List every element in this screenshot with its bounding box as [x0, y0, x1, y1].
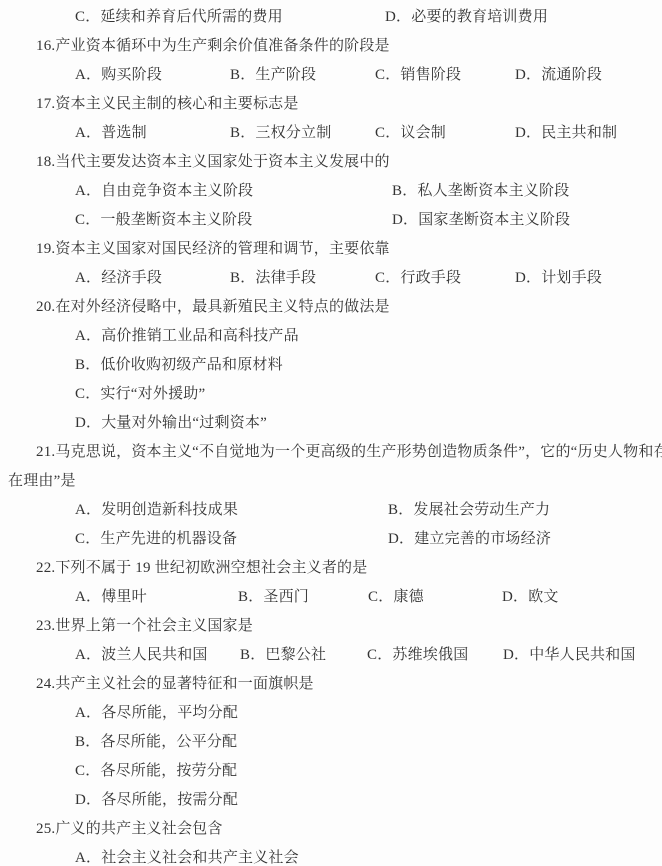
question-15-options-cd: C．延续和养育后代所需的费用D．必要的教育培训费用 [0, 3, 662, 32]
option-21-b: B．发展社会劳动生产力 [388, 496, 550, 525]
question-18: 18.当代主要发达资本主义国家处于资本主义发展中的 [0, 148, 662, 177]
question-20-option-d: D．大量对外输出“过剩资本” [0, 409, 662, 438]
question-19-text: 19.资本主义国家对国民经济的管理和调节，主要依靠 [36, 235, 390, 264]
option-23-b: B．巴黎公社 [240, 641, 326, 670]
option-19-d: D．计划手段 [515, 264, 602, 293]
option-20-c: C．实行“对外援助” [75, 380, 205, 409]
option-16-d: D．流通阶段 [515, 61, 602, 90]
option-20-b: B．低价收购初级产品和原材料 [75, 351, 283, 380]
question-19-options: A．经济手段B．法律手段C．行政手段D．计划手段 [0, 264, 662, 293]
question-16-options: A．购买阶段B．生产阶段C．销售阶段D．流通阶段 [0, 61, 662, 90]
option-23-c: C．苏维埃俄国 [367, 641, 468, 670]
question-16: 16.产业资本循环中为生产剩余价值准备条件的阶段是 [0, 32, 662, 61]
question-23: 23.世界上第一个社会主义国家是 [0, 612, 662, 641]
document-page: C．延续和养育后代所需的费用D．必要的教育培训费用16.产业资本循环中为生产剩余… [0, 0, 662, 866]
question-24: 24.共产主义社会的显著特征和一面旗帜是 [0, 670, 662, 699]
option-16-c: C．销售阶段 [375, 61, 461, 90]
question-20-option-c: C．实行“对外援助” [0, 380, 662, 409]
question-16-text: 16.产业资本循环中为生产剩余价值准备条件的阶段是 [36, 32, 390, 61]
option-20-a: A．高价推销工业品和高科技产品 [75, 322, 299, 351]
option-17-b: B．三权分立制 [230, 119, 331, 148]
option-21-a: A．发明创造新科技成果 [75, 496, 238, 525]
option-18-c: C．一般垄断资本主义阶段 [75, 206, 252, 235]
option-25-a: A．社会主义社会和共产主义社会 [75, 844, 299, 866]
option-21-c: C．生产先进的机器设备 [75, 525, 237, 554]
option-16-a: A．购买阶段 [75, 61, 162, 90]
option-24-d: D．各尽所能，按需分配 [75, 786, 238, 815]
option-18-d: D．国家垄断资本主义阶段 [392, 206, 570, 235]
option-21-d: D．建立完善的市场经济 [388, 525, 551, 554]
option-19-b: B．法律手段 [230, 264, 316, 293]
question-25: 25.广义的共产主义社会包含 [0, 815, 662, 844]
question-21-line1: 21.马克思说，资本主义“不自觉地为一个更高级的生产形势创造物质条件”，它的“历… [0, 438, 662, 467]
option-22-d: D．欧文 [502, 583, 559, 612]
question-22: 22.下列不属于 19 世纪初欧洲空想社会主义者的是 [0, 554, 662, 583]
question-20: 20.在对外经济侵略中，最具新殖民主义特点的做法是 [0, 293, 662, 322]
question-17: 17.资本主义民主制的核心和主要标志是 [0, 90, 662, 119]
question-22-options: A．傅里叶B．圣西门C．康德D．欧文 [0, 583, 662, 612]
question-21-options-cd: C．生产先进的机器设备D．建立完善的市场经济 [0, 525, 662, 554]
option-17-d: D．民主共和制 [515, 119, 617, 148]
question-20-option-a: A．高价推销工业品和高科技产品 [0, 322, 662, 351]
question-21-text-2: 在理由”是 [8, 467, 76, 496]
question-25-option-a: A．社会主义社会和共产主义社会 [0, 844, 662, 866]
option-22-c: C．康德 [368, 583, 424, 612]
option-24-a: A．各尽所能，平均分配 [75, 699, 238, 728]
option-24-c: C．各尽所能，按劳分配 [75, 757, 237, 786]
option-17-c: C．议会制 [375, 119, 446, 148]
question-24-text: 24.共产主义社会的显著特征和一面旗帜是 [36, 670, 314, 699]
question-17-text: 17.资本主义民主制的核心和主要标志是 [36, 90, 299, 119]
option-22-a: A．傅里叶 [75, 583, 147, 612]
option-22-b: B．圣西门 [238, 583, 309, 612]
question-21-text-1: 21.马克思说，资本主义“不自觉地为一个更高级的生产形势创造物质条件”，它的“历… [36, 438, 662, 467]
question-18-text: 18.当代主要发达资本主义国家处于资本主义发展中的 [36, 148, 390, 177]
question-20-text: 20.在对外经济侵略中，最具新殖民主义特点的做法是 [36, 293, 390, 322]
question-20-option-b: B．低价收购初级产品和原材料 [0, 351, 662, 380]
option-18-a: A．自由竞争资本主义阶段 [75, 177, 253, 206]
option-20-d: D．大量对外输出“过剩资本” [75, 409, 267, 438]
option-18-b: B．私人垄断资本主义阶段 [392, 177, 569, 206]
option-19-a: A．经济手段 [75, 264, 162, 293]
question-19: 19.资本主义国家对国民经济的管理和调节，主要依靠 [0, 235, 662, 264]
question-22-text: 22.下列不属于 19 世纪初欧洲空想社会主义者的是 [36, 554, 367, 583]
option-15-d: D．必要的教育培训费用 [385, 3, 548, 32]
option-16-b: B．生产阶段 [230, 61, 316, 90]
question-18-options-cd: C．一般垄断资本主义阶段D．国家垄断资本主义阶段 [0, 206, 662, 235]
question-24-option-a: A．各尽所能，平均分配 [0, 699, 662, 728]
question-21-options-ab: A．发明创造新科技成果B．发展社会劳动生产力 [0, 496, 662, 525]
question-21-line2: 在理由”是 [0, 467, 662, 496]
question-17-options: A．普选制B．三权分立制C．议会制D．民主共和制 [0, 119, 662, 148]
question-18-options-ab: A．自由竞争资本主义阶段B．私人垄断资本主义阶段 [0, 177, 662, 206]
question-24-option-b: B．各尽所能，公平分配 [0, 728, 662, 757]
option-19-c: C．行政手段 [375, 264, 461, 293]
option-23-d: D．中华人民共和国 [503, 641, 636, 670]
question-24-option-c: C．各尽所能，按劳分配 [0, 757, 662, 786]
option-15-c: C．延续和养育后代所需的费用 [75, 3, 283, 32]
question-24-option-d: D．各尽所能，按需分配 [0, 786, 662, 815]
option-24-b: B．各尽所能，公平分配 [75, 728, 237, 757]
option-23-a: A．波兰人民共和国 [75, 641, 208, 670]
question-25-text: 25.广义的共产主义社会包含 [36, 815, 223, 844]
question-23-text: 23.世界上第一个社会主义国家是 [36, 612, 253, 641]
option-17-a: A．普选制 [75, 119, 147, 148]
question-23-options: A．波兰人民共和国B．巴黎公社C．苏维埃俄国D．中华人民共和国 [0, 641, 662, 670]
